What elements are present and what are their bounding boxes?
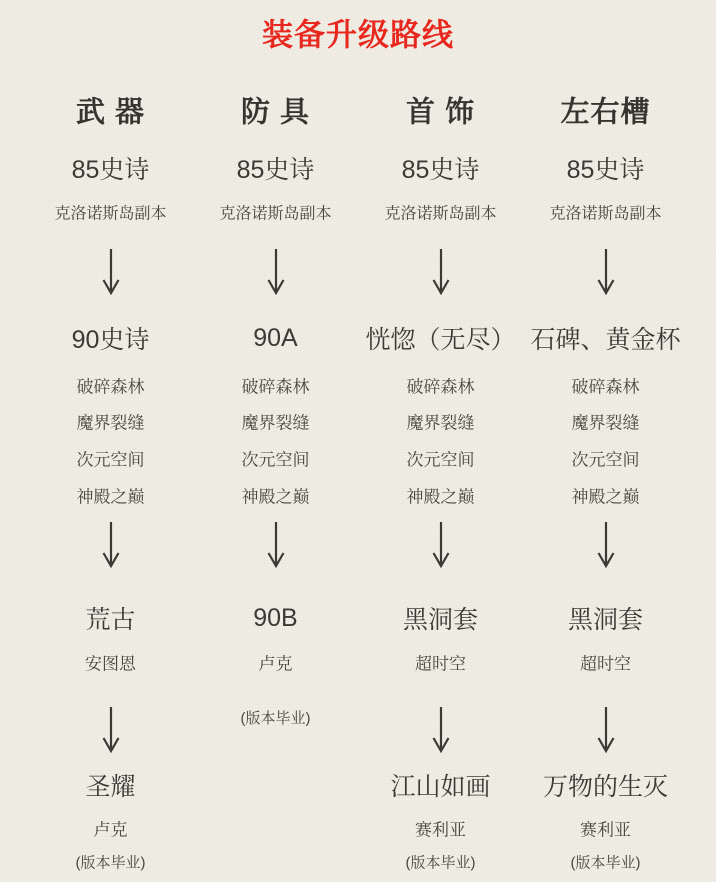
tier-name: 85史诗 xyxy=(193,150,358,186)
arrow-row-3: (版本毕业) xyxy=(28,705,688,755)
tier-source: 次元空间 xyxy=(193,446,358,471)
tier-source: 次元空间 xyxy=(523,446,688,471)
column-header-armor: 防 具 xyxy=(193,90,358,131)
tier-source: 魔界裂缝 xyxy=(523,409,688,434)
tier-source: 赛利亚 xyxy=(358,816,523,841)
tier-source: 次元空间 xyxy=(358,446,523,471)
tier-source: 克洛诺斯岛副本 xyxy=(523,201,688,224)
arrow-down-icon xyxy=(358,705,523,755)
tier2-name-row: 90史诗 90A 恍惚（无尽） 石碑、黄金杯 xyxy=(28,320,688,356)
arrow-down-icon xyxy=(523,520,688,570)
tier-name: 85史诗 xyxy=(523,150,688,186)
arrow-down-icon xyxy=(193,247,358,297)
tier-source: 超时空 xyxy=(523,650,688,675)
arrow-down-icon xyxy=(523,247,688,297)
tier-source: 神殿之巅 xyxy=(193,483,358,508)
tier-source: 卢克 xyxy=(28,816,193,841)
tier2-source-row-2: 魔界裂缝 魔界裂缝 魔界裂缝 魔界裂缝 xyxy=(28,409,688,434)
tier-source: 赛利亚 xyxy=(523,816,688,841)
tier-name: 黑洞套 xyxy=(523,600,688,636)
tier-source: 神殿之巅 xyxy=(358,483,523,508)
empty-cell xyxy=(193,816,358,841)
column-header-jewelry: 首 饰 xyxy=(358,90,523,131)
arrow-down-icon xyxy=(28,520,193,570)
tier-name: 江山如画 xyxy=(358,767,523,803)
graduation-row: (版本毕业) (版本毕业) (版本毕业) xyxy=(28,852,688,873)
tier-name: 90A xyxy=(193,320,358,356)
tier-name: 恍惚（无尽） xyxy=(358,320,523,356)
empty-cell xyxy=(193,767,358,803)
tier-source: 次元空间 xyxy=(28,446,193,471)
tier-source: 克洛诺斯岛副本 xyxy=(358,201,523,224)
tier-source: 破碎森林 xyxy=(28,373,193,398)
tier-name: 85史诗 xyxy=(28,150,193,186)
graduation-note: (版本毕业) xyxy=(358,852,523,873)
tier-name: 90史诗 xyxy=(28,320,193,356)
empty-cell xyxy=(193,852,358,873)
tier-source: 克洛诺斯岛副本 xyxy=(193,201,358,224)
tier-source: 破碎森林 xyxy=(358,373,523,398)
tier-source: 破碎森林 xyxy=(523,373,688,398)
arrow-down-icon xyxy=(358,247,523,297)
graduation-note: (版本毕业) xyxy=(28,852,193,873)
arrow-down-icon xyxy=(28,705,193,755)
tier-name: 黑洞套 xyxy=(358,600,523,636)
column-header-slots: 左右槽 xyxy=(523,90,688,131)
tier-source: 卢克 xyxy=(193,650,358,675)
tier3-name-row: 荒古 90B 黑洞套 黑洞套 xyxy=(28,600,688,636)
tier4-name-row: 圣耀 江山如画 万物的生灭 xyxy=(28,767,688,803)
tier1-name-row: 85史诗 85史诗 85史诗 85史诗 xyxy=(28,150,688,186)
tier-source: 神殿之巅 xyxy=(523,483,688,508)
tier-source: 超时空 xyxy=(358,650,523,675)
tier-name: 石碑、黄金杯 xyxy=(523,320,688,356)
tier1-source-row: 克洛诺斯岛副本 克洛诺斯岛副本 克洛诺斯岛副本 克洛诺斯岛副本 xyxy=(28,201,688,224)
arrow-down-icon xyxy=(193,520,358,570)
tier-source: 破碎森林 xyxy=(193,373,358,398)
tier2-source-row-1: 破碎森林 破碎森林 破碎森林 破碎森林 xyxy=(28,373,688,398)
tier-source: 神殿之巅 xyxy=(28,483,193,508)
page-title: 装备升级路线 xyxy=(0,10,716,55)
tier-name: 85史诗 xyxy=(358,150,523,186)
upgrade-route-diagram: 装备升级路线 武 器 防 具 首 饰 左右槽 85史诗 85史诗 85史诗 85… xyxy=(0,0,716,882)
arrow-row-2 xyxy=(28,520,688,570)
arrow-row-1 xyxy=(28,247,688,297)
tier-name: 圣耀 xyxy=(28,767,193,803)
tier-source: 魔界裂缝 xyxy=(193,409,358,434)
arrow-down-icon xyxy=(358,520,523,570)
tier-source: 安图恩 xyxy=(28,650,193,675)
arrow-down-icon xyxy=(28,247,193,297)
tier4-source-row: 卢克 赛利亚 赛利亚 xyxy=(28,816,688,841)
tier-name: 90B xyxy=(193,600,358,636)
tier3-source-row: 安图恩 卢克 超时空 超时空 xyxy=(28,650,688,675)
graduation-note: (版本毕业) xyxy=(523,852,688,873)
tier-name: 万物的生灭 xyxy=(523,767,688,803)
header-row: 武 器 防 具 首 饰 左右槽 xyxy=(28,90,688,131)
tier2-source-row-4: 神殿之巅 神殿之巅 神殿之巅 神殿之巅 xyxy=(28,483,688,508)
tier2-source-row-3: 次元空间 次元空间 次元空间 次元空间 xyxy=(28,446,688,471)
tier-source: 魔界裂缝 xyxy=(358,409,523,434)
tier-source: 魔界裂缝 xyxy=(28,409,193,434)
column-header-weapon: 武 器 xyxy=(28,90,193,131)
arrow-down-icon xyxy=(523,705,688,755)
graduation-note: (版本毕业) xyxy=(193,692,358,742)
tier-name: 荒古 xyxy=(28,600,193,636)
tier-source: 克洛诺斯岛副本 xyxy=(28,201,193,224)
